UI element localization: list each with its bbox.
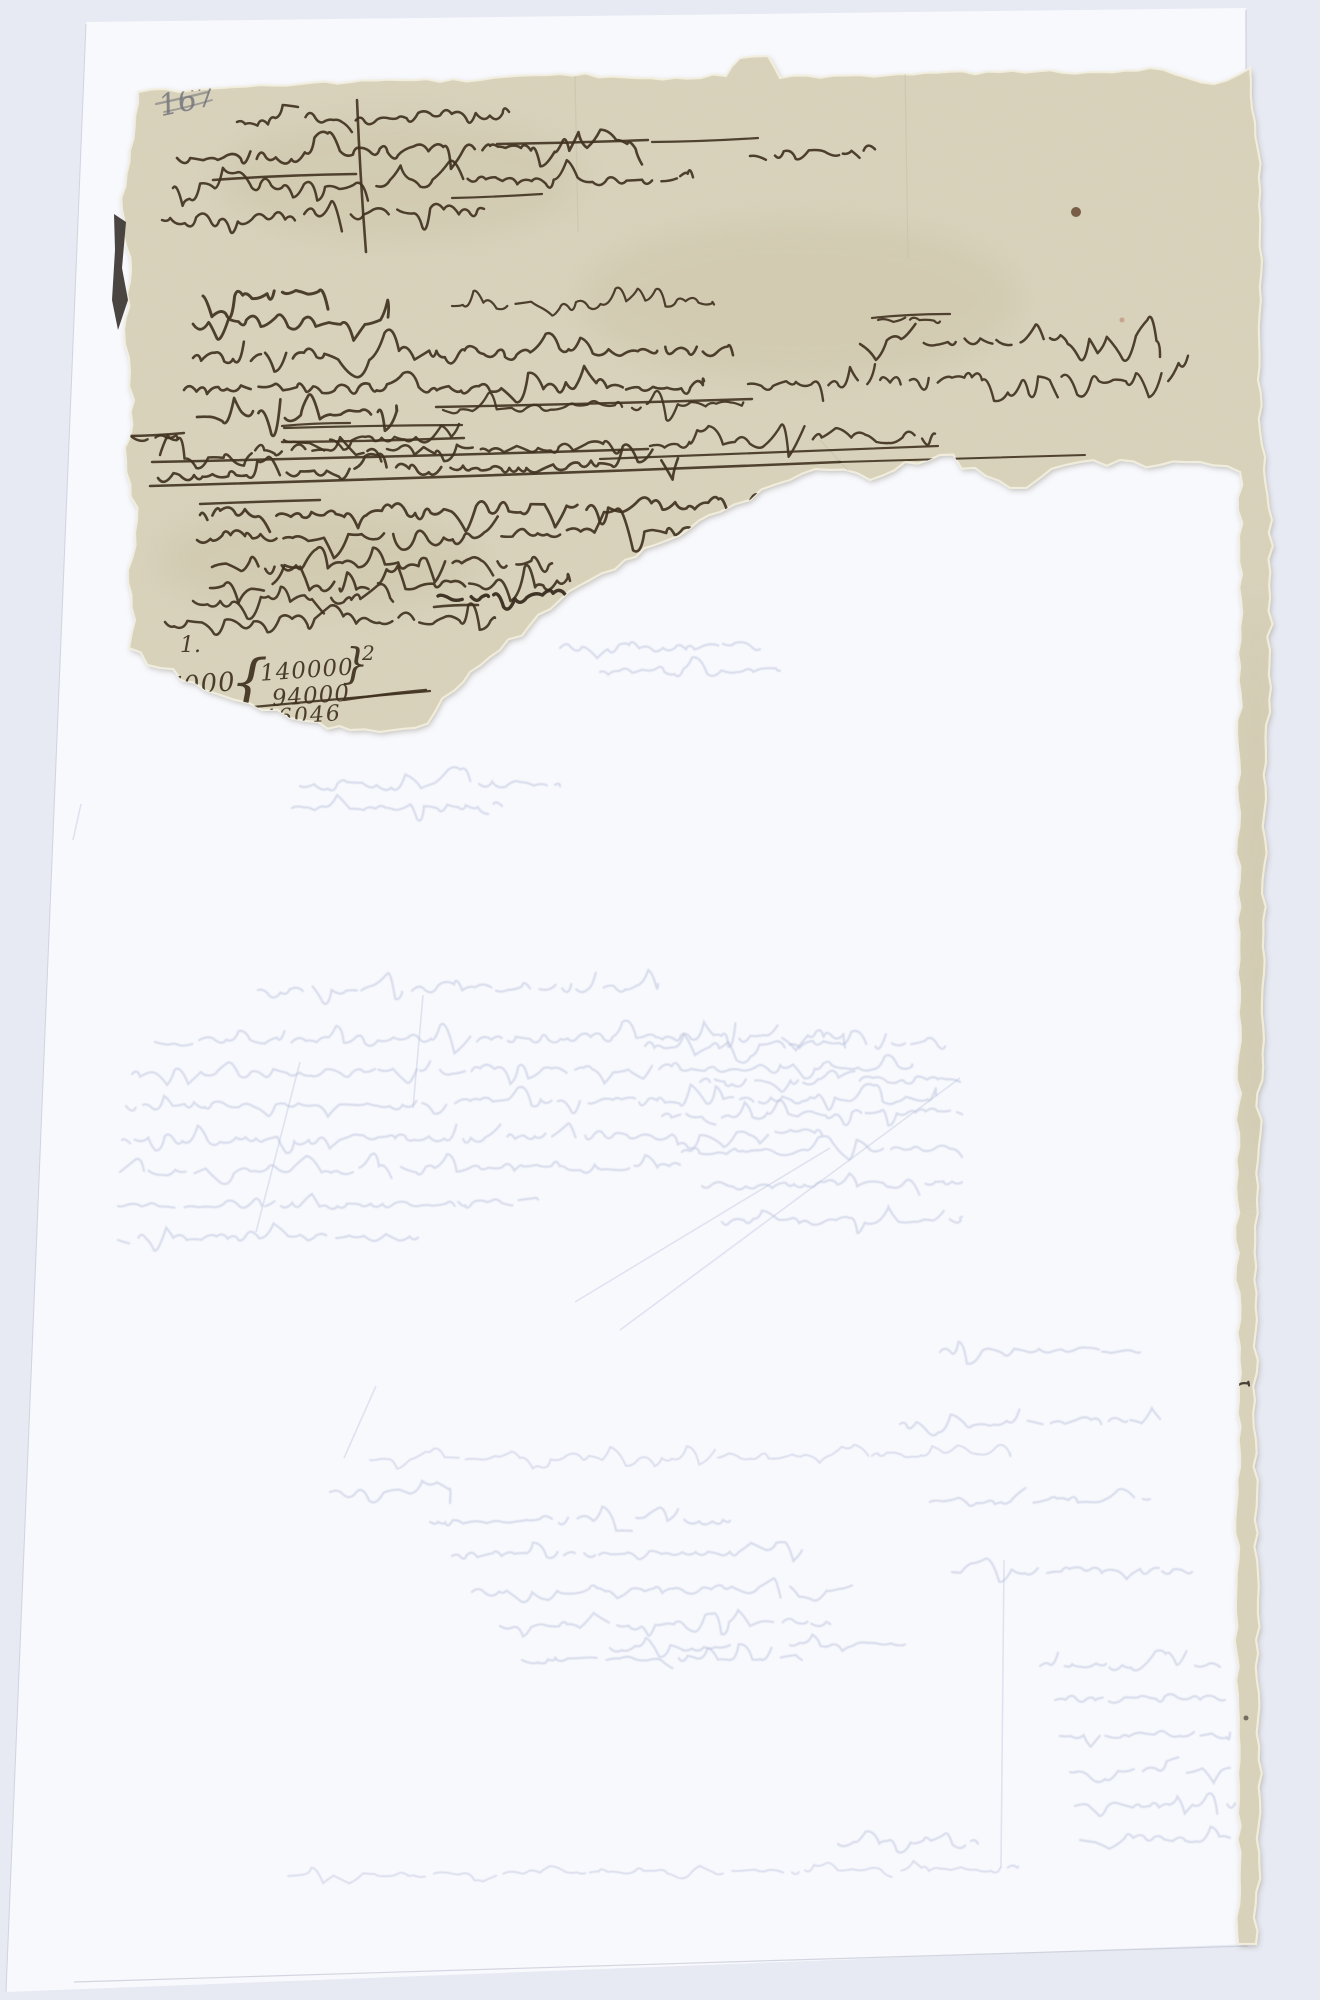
paper-fleck	[1120, 318, 1125, 323]
scan-canvas: 167 1. 17000 { 140000 } 2 94000 46046	[0, 0, 1320, 2000]
paper-fleck	[1071, 207, 1081, 217]
calc-exponent: 2	[361, 641, 375, 665]
manuscript-scan: 167 1. 17000 { 140000 } 2 94000 46046	[0, 0, 1320, 2000]
paper-fleck	[1244, 1716, 1249, 1721]
calc-item-label: 1.	[180, 633, 201, 658]
